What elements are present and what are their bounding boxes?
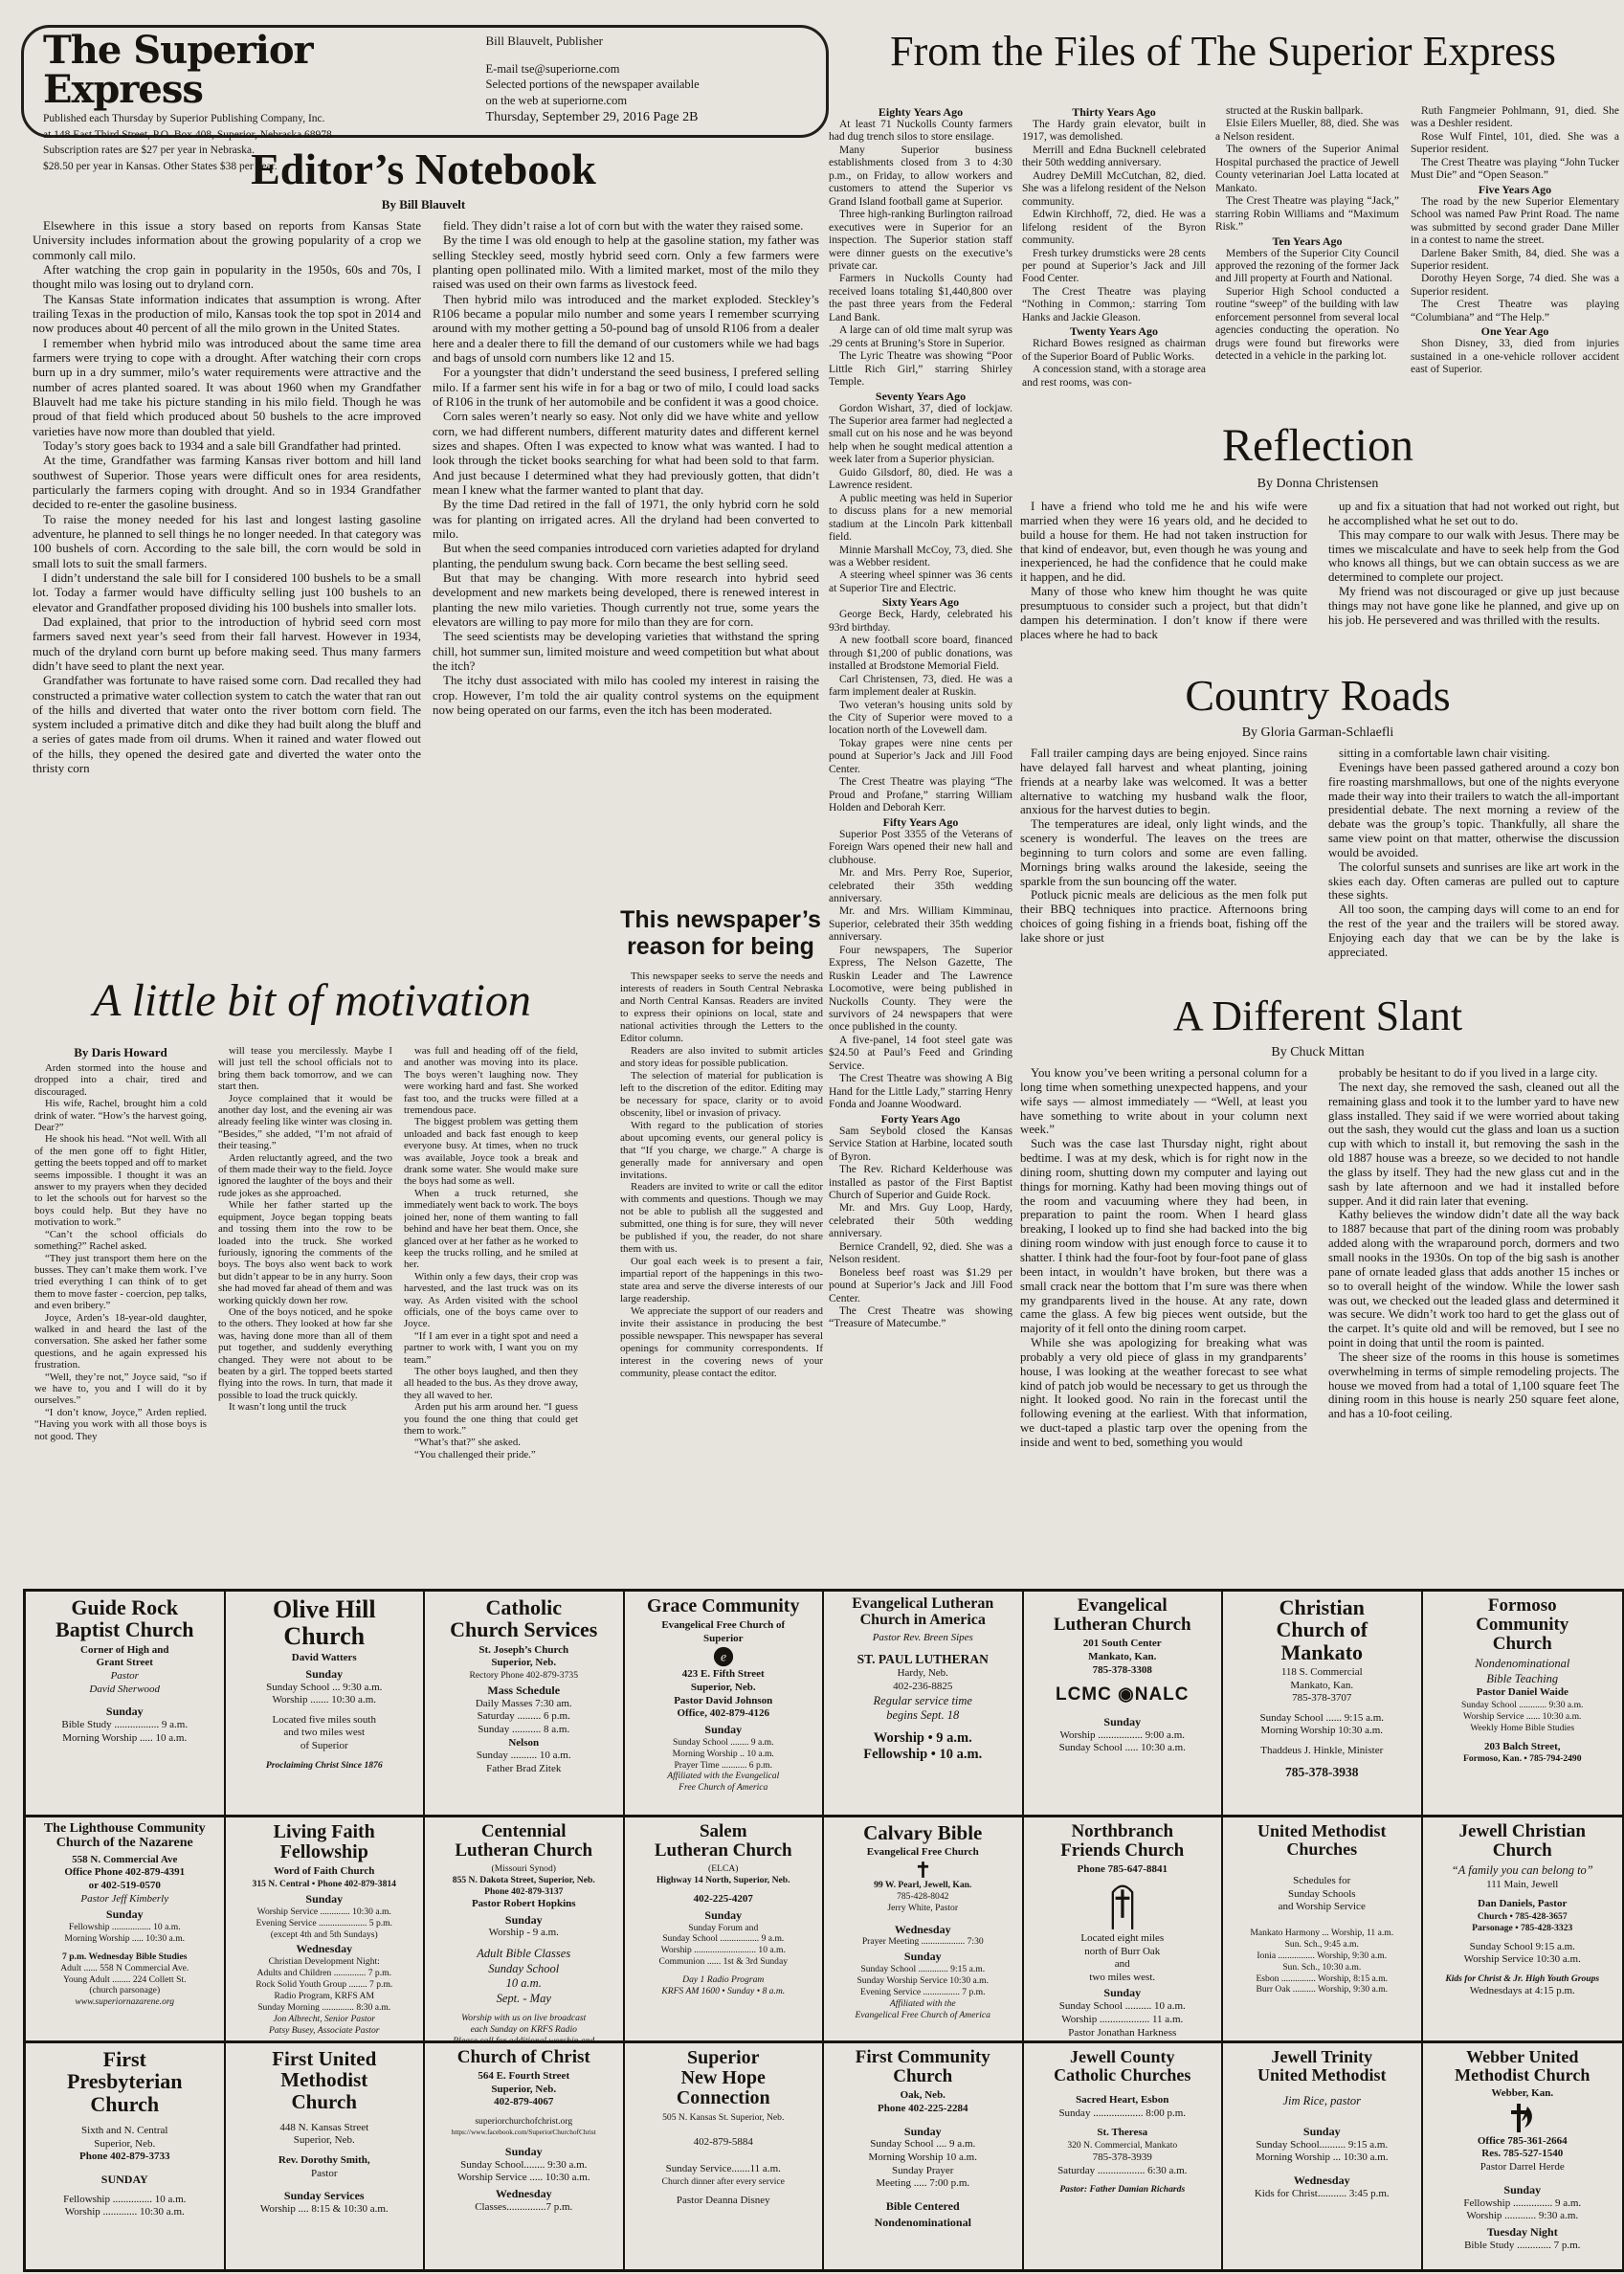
paragraph: The temperatures are ideal, only light w… [1020, 817, 1307, 888]
masthead: The Superior Express Published each Thur… [21, 25, 829, 138]
motivation-col-3: was full and heading off of the field, a… [404, 1045, 578, 1587]
church-detail-line: Bible Study ............. 7 p.m. [1426, 2240, 1620, 2253]
church-box: Webber UnitedMethodist ChurchWebber, Kan… [1423, 2043, 1623, 2269]
church-detail-line: Sunday ................... 8:00 p.m. [1027, 2107, 1219, 2121]
church-detail-line: Sunday School ................. 9 a.m. [628, 1933, 820, 1945]
church-detail-line: Worship ................. 9:00 a.m. [1027, 1729, 1219, 1743]
masthead-publish-line-2: at 148 East Third Street, P.O. Box 408, … [43, 128, 477, 143]
church-box: Grace CommunityEvangelical Free Church o… [625, 1592, 825, 1815]
church-detail-line: Evening Service ................ 7 p.m. [827, 1987, 1019, 1998]
church-detail-line: Morning Worship ..... 10 a.m. [29, 1732, 221, 1746]
section-subhead: Thirty Years Ago [1022, 105, 1206, 119]
paragraph: Mr. and Mrs. William Kimminau, Superior,… [829, 905, 1012, 944]
church-detail-line: Sunday School.......... 9:15 a.m. [1226, 2139, 1418, 2152]
spacer [428, 2006, 620, 2013]
paragraph: Farmers in Nuckolls County had received … [829, 273, 1012, 324]
church-detail-line: Superior, Neb. [628, 1682, 820, 1695]
church-detail-line: Weekly Home Bible Studies [1426, 1723, 1620, 1734]
paragraph: “You challenged their pride.” [404, 1449, 578, 1460]
church-detail-line: Worship Service ..... 10:30 a.m. [428, 2172, 620, 2185]
spacer [1027, 2087, 1219, 2094]
church-detail-line: Mankato, Kan. [1027, 1651, 1219, 1664]
church-detail-line: Worship ............. 10:30 a.m. [29, 2206, 221, 2219]
spacer [29, 2164, 221, 2171]
church-detail-line: (church parsonage) [29, 1985, 221, 1996]
church-detail-line: Sunday Prayer [827, 2165, 1019, 2178]
paragraph: Corn sales weren’t nearly so easy. Not o… [433, 409, 819, 497]
church-detail-line: 785-378-3939 [1027, 2151, 1219, 2165]
church-detail-line: Adults and Children .............. 7 p.m… [229, 1968, 421, 1979]
church-detail-line: https://www.facebook.com/SuperiorChurcho… [428, 2128, 620, 2136]
church-detail-line: Worship Service ............. 10:30 a.m. [229, 1906, 421, 1918]
church-name: ChristianChurch ofMankato [1226, 1596, 1418, 1663]
church-detail-line: Phone 402-879-3733 [29, 2151, 221, 2164]
church-detail-line: or 402-519-0570 [29, 1880, 221, 1893]
paragraph: I remember when hybrid milo was introduc… [33, 336, 421, 438]
paragraph: was full and heading off of the field, a… [404, 1045, 578, 1116]
spacer [29, 2118, 221, 2125]
issue-date: Thursday, September 29, 2016 Page 2B [486, 110, 699, 125]
church-box: Evangelical LutheranChurch in AmericaPas… [824, 1592, 1024, 1815]
publisher-name: Bill Blauvelt, Publisher [486, 33, 816, 49]
church-detail-line: Young Adult ........ 224 Collett St. [29, 1974, 221, 1986]
section-subhead: Ten Years Ago [1215, 234, 1399, 248]
paragraph: The Lyric Theatre was showing “Poor Litt… [829, 350, 1012, 389]
paragraph: The Crest Theatre was playing “Nothing i… [1022, 286, 1206, 324]
spacer [1226, 2087, 1418, 2094]
church-box: Olive HillChurchDavid WattersSundaySunda… [226, 1592, 426, 1815]
motivation-col-1: Arden stormed into the house and dropped… [34, 1062, 207, 1587]
paragraph: His wife, Rachel, brought him a cold dri… [34, 1098, 207, 1133]
church-detail-line: Superior [628, 1633, 820, 1646]
church-detail-line: 111 Main, Jewell [1426, 1879, 1620, 1892]
paragraph: “What’s that?” she asked. [404, 1437, 578, 1448]
church-detail-line: Sunday School .... 9 a.m. [827, 2138, 1019, 2151]
reflection-col-a: I have a friend who told me he and his w… [1020, 500, 1307, 670]
paragraph: All too soon, the camping days will come… [1328, 903, 1619, 959]
paragraph: Joyce complained that it would be anothe… [218, 1093, 392, 1152]
spacer [1027, 2177, 1219, 2184]
church-detail-line: Corner of High and [29, 1644, 221, 1658]
church-name: Jewell TrinityUnited Methodist [1226, 2048, 1418, 2084]
paragraph: It wasn’t long until the truck [218, 1401, 392, 1413]
church-detail-line: Pastor Jeff Kimberly [29, 1893, 221, 1906]
church-detail-line: Pastor David Johnson [628, 1695, 820, 1708]
country-roads-byline: By Gloria Garman-Schlaefli [1016, 725, 1619, 741]
church-detail-line: Christian Development Night: [229, 1956, 421, 1968]
paragraph: sitting in a comfortable lawn chair visi… [1328, 747, 1619, 761]
church-detail-line: Worship - 9 a.m. [428, 1927, 620, 1940]
church-detail-line: Sunday School 9:15 a.m. [1426, 1941, 1620, 1954]
paragraph: Then hybrid milo was introduced and the … [433, 292, 819, 366]
reason-for-being-headline-line-2: reason for being [614, 934, 827, 961]
spacer [827, 1914, 1019, 1921]
different-slant-headline: A Different Slant [1016, 992, 1619, 1040]
church-detail-line: 785-428-8042 [827, 1891, 1019, 1903]
paragraph: Dorothy Heyen Sorge, 74 died. She was a … [1411, 273, 1619, 299]
church-name: Jewell ChristianChurch [1426, 1822, 1620, 1861]
church-box: First UnitedMethodistChurch448 N. Kansas… [226, 2043, 426, 2269]
newspaper-title: The Superior Express [43, 32, 477, 110]
church-detail-line: Sunday [229, 1667, 421, 1682]
church-detail-line: Sunday [428, 1913, 620, 1928]
church-detail-line: Sunday [1426, 2183, 1620, 2197]
church-detail-line: Esbon ............... Worship, 8:15 a.m. [1226, 1973, 1418, 1985]
church-detail-line: Sunday Schools [1226, 1888, 1418, 1902]
church-detail-line: Phone 402-879-3137 [428, 1886, 620, 1898]
church-detail-line: Affiliated with the Evangelical [628, 1771, 820, 1782]
paragraph: Arden put his arm around her. “I guess y… [404, 1401, 578, 1437]
paragraph: up and fix a situation that had not work… [1328, 500, 1619, 528]
spacer [1226, 1868, 1418, 1875]
paragraph: I didn’t understand the sale bill for I … [33, 570, 421, 614]
spacer [1226, 1705, 1418, 1712]
church-detail-line: Meeting ..... 7:00 p.m. [827, 2177, 1019, 2191]
church-detail-line: and two miles west [229, 1727, 421, 1740]
church-detail-line: Morning Worship .. 10 a.m. [628, 1749, 820, 1760]
church-detail-line: Office Phone 402-879-4391 [29, 1866, 221, 1880]
church-detail-line: 320 N. Commercial, Mankato [1027, 2140, 1219, 2151]
church-detail-line: Res. 785-527-1540 [1426, 2148, 1620, 2161]
paragraph: Such was the case last Thursday night, r… [1020, 1137, 1307, 1336]
church-detail-line: Fellowship ............... 9 a.m. [1426, 2197, 1620, 2211]
church-detail-line: “Where The Son Always Shines” [1027, 2040, 1219, 2040]
country-roads-col-a: Fall trailer camping days are being enjo… [1020, 747, 1307, 988]
church-name: First CommunityChurch [827, 2048, 1019, 2086]
church-detail-line: St. Joseph’s Church [428, 1644, 620, 1658]
church-detail-line: 10 a.m. [428, 1976, 620, 1992]
church-detail-line: Pastor [229, 2168, 421, 2181]
web-line-1: Selected portions of the newspaper avail… [486, 77, 816, 92]
paragraph: After watching the crop gain in populari… [33, 262, 421, 292]
spacer [29, 1696, 221, 1703]
church-detail-line: Oak, Neb. [827, 2089, 1019, 2103]
paragraph: Boneless beef roast was $1.29 per pound … [829, 1267, 1012, 1305]
paragraph: The road by the new Superior Elementary … [1411, 196, 1619, 248]
church-name: Jewell CountyCatholic Churches [1027, 2048, 1219, 2084]
paragraph: A new football score board, financed thr… [829, 635, 1012, 673]
church-detail-line: Worship with us on live broadcast [428, 2013, 620, 2024]
editors-notebook-headline: Editor’s Notebook [29, 144, 818, 194]
church-detail-line: Sunday Worship Service 10:30 a.m. [827, 1975, 1019, 1987]
church-detail-line: Nelson [428, 1737, 620, 1750]
paragraph: “They just transport them here on the bu… [34, 1253, 207, 1312]
paragraph: Joyce, Arden’s 18-year-old daughter, wal… [34, 1312, 207, 1371]
church-detail-line: “A family you can belong to” [1426, 1863, 1620, 1879]
church-detail-line: LCMC ◉NALC [1027, 1683, 1219, 1706]
church-detail-line: Sunday Forum and [628, 1923, 820, 1934]
church-detail-line: Pastor Jonathan Harkness [1027, 2027, 1219, 2040]
paragraph: “If I am ever in a tight spot and need a… [404, 1330, 578, 1366]
paragraph: You know you’ve been writing a personal … [1020, 1066, 1307, 1137]
church-name: CentennialLutheran Church [428, 1822, 620, 1861]
section-subhead: Twenty Years Ago [1022, 324, 1206, 338]
different-slant-byline: By Chuck Mittan [1016, 1045, 1619, 1060]
church-detail-line: Morning Worship ..... 10:30 a.m. [29, 1933, 221, 1945]
spacer [827, 2116, 1019, 2123]
church-detail-line: Fellowship ............... 10 a.m. [29, 2194, 221, 2207]
church-box: CentennialLutheran Church(Missouri Synod… [425, 1817, 625, 2040]
section-subhead: Sixty Years Ago [829, 595, 1012, 609]
church-detail-line: Pastor Deanna Disney [628, 2195, 820, 2208]
paragraph: The other boys laughed, and then they al… [404, 1366, 578, 1401]
paragraph: Audrey DeMill McCutchan, 82, died. She w… [1022, 170, 1206, 209]
church-detail-line: Worship ....... 10:30 a.m. [229, 1694, 421, 1707]
church-detail-line: Worship ........................... 10 a… [628, 1945, 820, 1956]
newspaper-page: The Superior Express Published each Thur… [0, 0, 1624, 2274]
paragraph: The Crest Theatre was playing “Columbian… [1411, 299, 1619, 324]
church-detail-line: KRFS AM 1600 • Sunday • 8 a.m. [628, 1986, 820, 1997]
church-detail-line: Kids for Christ & Jr. High Youth Groups [1426, 1973, 1620, 1985]
paragraph: The next day, she removed the sash, clea… [1328, 1081, 1619, 1209]
spacer [827, 2191, 1019, 2197]
different-slant-col-b: probably be hesitant to do if you lived … [1328, 1066, 1619, 1583]
paragraph: The Crest Theatre was playing “The Proud… [829, 776, 1012, 814]
church-detail-line: Burr Oak .......... Worship, 9:30 a.m. [1226, 1984, 1418, 1995]
section-subhead: One Year Ago [1411, 324, 1619, 338]
paragraph: To raise the money needed for his last a… [33, 512, 421, 570]
paragraph: Fall trailer camping days are being enjo… [1020, 747, 1307, 817]
church-detail-line: Evangelical Free Church of America [827, 2010, 1019, 2021]
church-detail-line: Worship .... 8:15 & 10:30 a.m. [229, 2203, 421, 2217]
spacer [428, 1940, 620, 1947]
spacer [628, 1968, 820, 1974]
church-directory-row-2: The Lighthouse CommunityChurch of the Na… [26, 1817, 1622, 2043]
church-detail-line: north of Burr Oak [1027, 1946, 1219, 1959]
church-name: NorthbranchFriends Church [1027, 1822, 1219, 1861]
church-detail-line: Pastor: Father Damian Richards [1027, 2184, 1219, 2196]
paragraph: When a truck returned, she immediately w… [404, 1188, 578, 1271]
paragraph: Ruth Fangmeier Pohlmann, 91, died. She w… [1411, 105, 1619, 131]
paragraph: Guido Gilsdorf, 80, died. He was a Lawre… [829, 467, 1012, 493]
church-detail-line: Superior, Neb. [29, 2138, 221, 2151]
church-name: Living FaithFellowship [229, 1822, 421, 1862]
paragraph: George Beck, Hardy, celebrated his 93rd … [829, 609, 1012, 635]
church-detail-line: Free Church of America [628, 1782, 820, 1794]
spacer [827, 1724, 1019, 1730]
paragraph: The Rev. Richard Kelderhouse was install… [829, 1164, 1012, 1202]
paragraph: field. They didn’t raise a lot of corn b… [433, 218, 819, 233]
paragraph: The biggest problem was getting them unl… [404, 1116, 578, 1187]
church-detail-line: Located five miles south [229, 1714, 421, 1728]
paragraph: Mr. and Mrs. Guy Loop, Hardy, celebrated… [829, 1202, 1012, 1240]
church-name: FirstPresbyterianChurch [29, 2048, 221, 2115]
church-detail-line: Communion ...... 1st & 3rd Sunday [628, 1956, 820, 1968]
spacer [628, 2188, 820, 2195]
church-detail-line: Sunday [628, 1723, 820, 1737]
church-name: Grace Community [628, 1596, 820, 1616]
church-detail-line: David Watters [229, 1652, 421, 1665]
church-box: Church of Christ564 E. Fourth StreetSupe… [425, 2043, 625, 2269]
church-detail-line: Wednesday [428, 2187, 620, 2201]
church-detail-line: Kids for Christ........... 3:45 p.m. [1226, 2188, 1418, 2201]
church-detail-line: Prayer Meeting ................... 7:30 [827, 1936, 1019, 1948]
church-detail-line: Mankato Harmony ... Worship, 11 a.m. [1226, 1928, 1418, 1939]
church-box: Jewell ChristianChurch“A family you can … [1423, 1817, 1623, 2040]
paragraph: But that may be changing. With more rese… [433, 570, 819, 629]
paragraph: A concession stand, with a storage area … [1022, 364, 1206, 390]
church-detail-line: Mankato, Kan. [1226, 1680, 1418, 1693]
church-detail-line: 505 N. Kansas St. Superior, Neb. [628, 2112, 820, 2124]
church-detail-line: Sunday [428, 2145, 620, 2159]
church-detail-line: Sunday [229, 1892, 421, 1906]
spacer [1426, 1891, 1620, 1898]
paragraph: But when the seed companies introduced c… [433, 541, 819, 570]
church-detail-line: Pastor Darrel Herde [1426, 2161, 1620, 2174]
paragraph: Richard Bowes resigned as chairman of th… [1022, 338, 1206, 364]
church-detail-line: Sunday School ...... 9:15 a.m. [1226, 1712, 1418, 1726]
church-detail-line: Jerry White, Pastor [827, 1903, 1019, 1914]
paragraph: The owners of the Superior Animal Hospit… [1215, 144, 1399, 195]
church-detail-line: Rock Solid Youth Group ........ 7 p.m. [229, 1979, 421, 1991]
church-detail-line: 564 E. Fourth Street [428, 2070, 620, 2084]
church-box: SuperiorNew HopeConnection505 N. Kansas … [625, 2043, 825, 2269]
church-detail-line: Please call for additional worship and [428, 2036, 620, 2040]
church-detail-line: Sept. - May [428, 1992, 620, 2007]
spacer [1027, 1706, 1219, 1713]
church-detail-line: Sun. Sch., 9:45 a.m. [1226, 1939, 1418, 1951]
church-box: Guide RockBaptist ChurchCorner of High a… [26, 1592, 226, 1815]
paragraph: This newspaper seeks to serve the needs … [620, 970, 823, 1045]
church-detail-line: Mass Schedule [428, 1683, 620, 1698]
church-box: Calvary BibleEvangelical Free Church99 W… [824, 1817, 1024, 2040]
church-detail-line: 785-378-3938 [1226, 1765, 1418, 1781]
paragraph: The Crest Theatre was showing “Treasure … [829, 1305, 1012, 1331]
church-window-icon [1027, 1878, 1219, 1931]
church-detail-line: ST. PAUL LUTHERAN [827, 1652, 1019, 1668]
from-the-files-col-1: Eighty Years AgoAt least 71 Nuckolls Cou… [829, 105, 1012, 1585]
paragraph: The seed scientists may be developing va… [433, 629, 819, 673]
church-box: Living FaithFellowshipWord of Faith Chur… [226, 1817, 426, 2040]
church-detail-line: Superior, Neb. [428, 2084, 620, 2097]
reflection-headline: Reflection [1016, 419, 1619, 472]
church-detail-line: (except 4th and 5th Sundays) [229, 1929, 421, 1941]
church-detail-line: Superior, Neb. [229, 2134, 421, 2148]
church-detail-line: Fellowship ................. 10 a.m. [29, 1922, 221, 1933]
church-name: SalemLutheran Church [628, 1822, 820, 1861]
spacer [1226, 1862, 1418, 1868]
church-detail-line: 402-225-4207 [628, 1893, 820, 1906]
paragraph: A five-panel, 14 foot steel gate was $24… [829, 1035, 1012, 1073]
church-detail-line: 315 N. Central • Phone 402-879-3814 [229, 1879, 421, 1890]
paragraph: probably be hesitant to do if you lived … [1328, 1066, 1619, 1081]
paragraph: Superior High School conducted a routine… [1215, 286, 1399, 364]
globe-e-icon: e [628, 1646, 820, 1667]
church-detail-line: Phone 402-225-2284 [827, 2103, 1019, 2116]
section-subhead: Forty Years Ago [829, 1112, 1012, 1126]
paragraph: The Crest Theatre was showing A Big Hand… [829, 1073, 1012, 1111]
church-name: CatholicChurch Services [428, 1596, 620, 1641]
church-detail-line: 402-236-8825 [827, 1681, 1019, 1694]
section-subhead: Five Years Ago [1411, 183, 1619, 196]
paragraph: With regard to the publication of storie… [620, 1120, 823, 1182]
church-detail-line: 7 p.m. Wednesday Bible Studies [29, 1951, 221, 1963]
paragraph: “I don’t know, Joyce,” Arden replied. “H… [34, 1407, 207, 1442]
spacer [628, 2123, 820, 2129]
editors-notebook-byline: By Bill Blauvelt [29, 197, 818, 212]
church-detail-line: Rev. Dorothy Smith, [229, 2154, 421, 2168]
church-detail-line: Sunday [29, 1907, 221, 1922]
church-detail-line: Superior, Neb. [428, 1657, 620, 1670]
motivation-headline: A little bit of motivation [25, 974, 599, 1027]
paragraph: Superior Post 3355 of the Veterans of Fo… [829, 829, 1012, 867]
spacer [1226, 2109, 1418, 2116]
church-name: Calvary Bible [827, 1822, 1019, 1843]
church-detail-line: SUNDAY [29, 2173, 221, 2187]
spacer [1226, 1921, 1418, 1928]
church-detail-line: Affiliated with the [827, 1998, 1019, 2010]
spacer [1426, 1734, 1620, 1741]
reason-for-being-headline: This newspaper’s reason for being [614, 907, 827, 960]
church-detail-line: Parsonage • 785-428-3323 [1426, 1923, 1620, 1934]
paragraph: Arden stormed into the house and dropped… [34, 1062, 207, 1098]
paragraph: For a youngster that didn’t understand t… [433, 365, 819, 409]
paragraph: The Crest Theatre was playing “Jack,” st… [1215, 195, 1399, 234]
paragraph: structed at the Ruskin ballpark. [1215, 105, 1399, 118]
paragraph: He shook his head. “Not well. With all o… [34, 1133, 207, 1228]
church-detail-line: Sunday School ........ 9 a.m. [628, 1737, 820, 1749]
church-detail-line: Sunday [1027, 1986, 1219, 2000]
paragraph: Today’s story goes back to 1934 and a sa… [33, 438, 421, 453]
spacer [1226, 2165, 1418, 2172]
church-detail-line: each Sunday on KRFS Radio [428, 2024, 620, 2036]
spacer [229, 2180, 421, 2187]
paragraph: Within only a few days, their crop was h… [404, 1271, 578, 1330]
paragraph: Gordon Wishart, 37, died of lockjaw. The… [829, 403, 1012, 467]
paragraph: Arden reluctantly agreed, and the two of… [218, 1152, 392, 1200]
church-detail-line: Church • 785-428-3657 [1426, 1911, 1620, 1923]
church-box: FirstPresbyterianChurchSixth and N. Cent… [26, 2043, 226, 2269]
paragraph: Readers are also invited to submit artic… [620, 1045, 823, 1070]
church-name: Church of Christ [428, 2048, 620, 2067]
church-detail-line: St. Theresa [1027, 2127, 1219, 2140]
paragraph: This may compare to our walk with Jesus.… [1328, 528, 1619, 585]
church-box: United MethodistChurchesSchedules forSun… [1223, 1817, 1423, 2040]
church-detail-line: Sunday [827, 1950, 1019, 1964]
church-detail-line: Rectory Phone 402-879-3735 [428, 1670, 620, 1682]
church-name: United MethodistChurches [1226, 1822, 1418, 1859]
church-detail-line: Worship ............ 9:30 a.m. [1426, 2210, 1620, 2223]
church-detail-line: 785-378-3707 [1226, 1692, 1418, 1705]
church-directory-row-1: Guide RockBaptist ChurchCorner of High a… [26, 1592, 1622, 1817]
church-directory: Guide RockBaptist ChurchCorner of High a… [23, 1589, 1624, 2272]
church-detail-line: Sunday .......... 10 a.m. [428, 1750, 620, 1763]
motivation-byline: By Daris Howard [34, 1045, 207, 1060]
spacer [827, 1645, 1019, 1652]
paragraph: Members of the Superior City Council app… [1215, 248, 1399, 286]
paragraph: By the time Dad retired in the fall of 1… [433, 497, 819, 541]
church-name: FormosoCommunityChurch [1426, 1596, 1620, 1654]
church-detail-line: Thaddeus J. Hinkle, Minister [1226, 1745, 1418, 1758]
church-detail-line: Sunday School ... 9:30 a.m. [229, 1682, 421, 1695]
paragraph: My friend was not discouraged or give up… [1328, 585, 1619, 628]
church-detail-line: Sunday School .......... 10 a.m. [1027, 2000, 1219, 2014]
church-detail-line: Saturday .................. 6:30 a.m. [1027, 2165, 1219, 2178]
reflection-col-b: up and fix a situation that had not work… [1328, 500, 1619, 670]
church-detail-line: Highway 14 North, Superior, Neb. [628, 1875, 820, 1886]
paragraph: We appreciate the support of our readers… [620, 1305, 823, 1380]
church-detail-line: Sunday Morning .............. 8:30 a.m. [229, 2002, 421, 2014]
church-detail-line: Pastor [29, 1670, 221, 1683]
paragraph: The colorful sunsets and sunrises are li… [1328, 860, 1619, 903]
church-detail-line: Located eight miles [1027, 1932, 1219, 1946]
church-detail-line: 402-879-5884 [628, 2136, 820, 2150]
church-detail-line: Bible Centered [827, 2199, 1019, 2214]
church-detail-line: Worship Service 10:30 a.m. [1426, 1953, 1620, 1967]
editors-notebook-col-a: Elsewhere in this issue a story based on… [33, 218, 421, 905]
church-detail-line: 201 South Center [1027, 1638, 1219, 1651]
section-subhead: Fifty Years Ago [829, 815, 1012, 829]
